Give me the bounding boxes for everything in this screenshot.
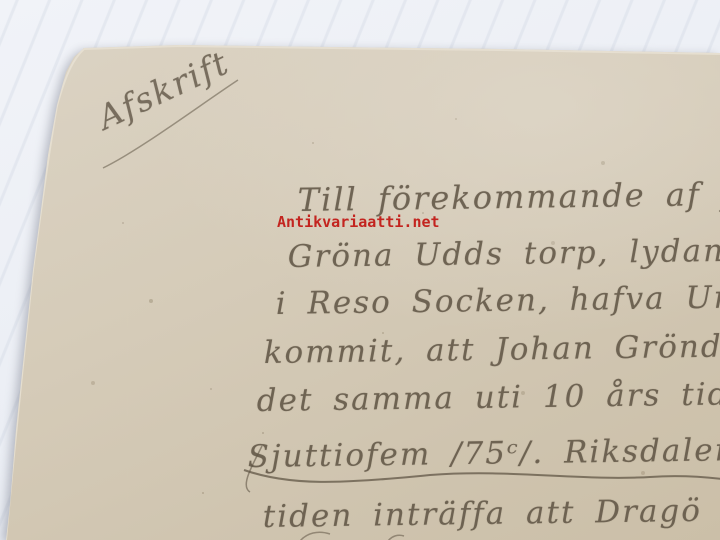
document-paper: Afskrift Till förekommande af fra Gröna … bbox=[0, 0, 720, 540]
photo-of-document: Afskrift Till förekommande af fra Gröna … bbox=[0, 0, 720, 540]
paper-shadow-wrap: Afskrift Till förekommande af fra Gröna … bbox=[0, 0, 720, 540]
paper-speckles bbox=[0, 0, 2, 2]
handwriting-line-6: Sjuttiofem /75ᶜ/. Riksdaler ar bbox=[247, 431, 720, 475]
handwriting-line-2: Gröna Udds torp, lydande un bbox=[287, 231, 720, 275]
handwriting-line-5: det samma uti 10 års tid bbox=[256, 376, 720, 419]
annotation-afskrift: Afskrift bbox=[92, 43, 236, 138]
handwriting-line-4: kommit, att Johan Gröndah bbox=[263, 328, 720, 371]
handwriting-line-3: i Reso Socken, hafva Undertec bbox=[275, 278, 720, 322]
handwriting-line-7: tiden inträffa att Dragö bbox=[262, 493, 702, 535]
watermark-text: Antikvariaatti.net bbox=[277, 213, 440, 231]
